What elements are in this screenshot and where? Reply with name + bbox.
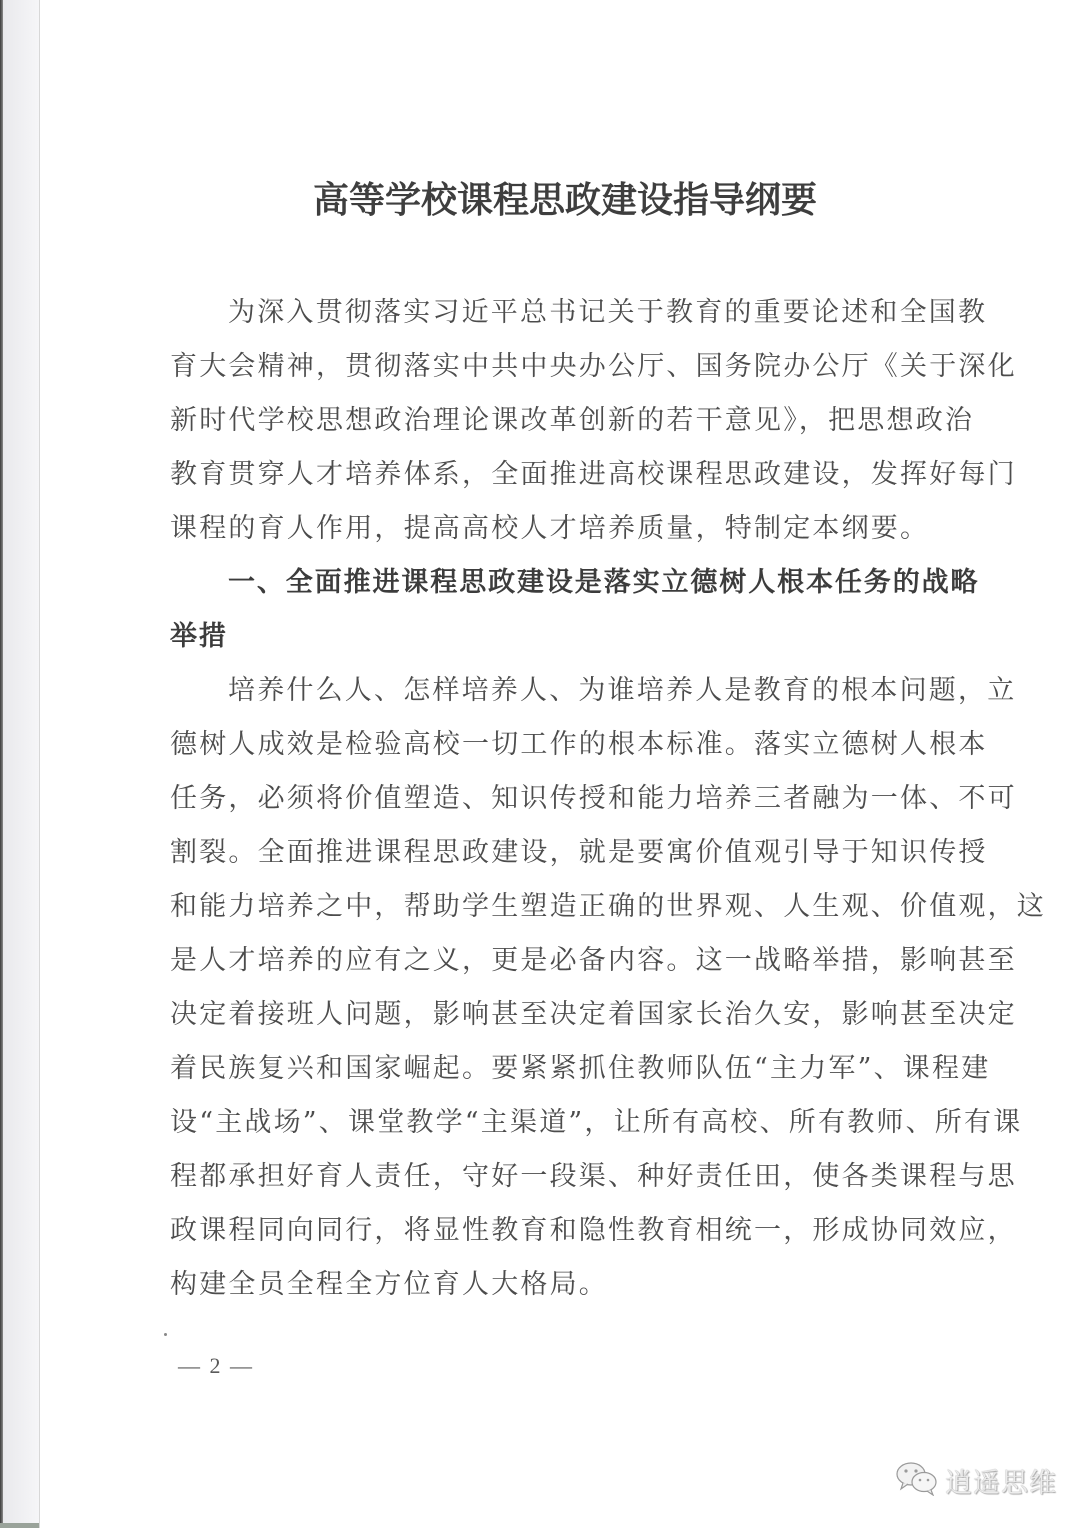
text-line: 德树人成效是检验高校一切工作的根本标准。落实立德树人根本: [170, 728, 970, 762]
scan-speck: [164, 1333, 167, 1336]
text-line: 政课程同向同行，将显性教育和隐性教育相统一，形成协同效应，: [170, 1214, 970, 1248]
text-line: 育大会精神，贯彻落实中共中央办公厅、国务院办公厅《关于深化: [170, 350, 970, 384]
text-line: 程都承担好育人责任，守好一段渠、种好责任田，使各类课程与思: [170, 1160, 970, 1194]
text-line: 为深入贯彻落实习近平总书记关于教育的重要论述和全国教: [228, 296, 1028, 330]
text-line: 决定着接班人问题，影响甚至决定着国家长治久安，影响甚至决定: [170, 998, 970, 1032]
heading-line: 一、全面推进课程思政建设是落实立德树人根本任务的战略: [228, 566, 1028, 600]
text-line: 和能力培养之中，帮助学生塑造正确的世界观、人生观、价值观，这: [170, 890, 970, 924]
text-line: 任务，必须将价值塑造、知识传授和能力培养三者融为一体、不可: [170, 782, 970, 816]
heading-line: 举措: [170, 620, 970, 654]
scan-edge-margin: [3, 0, 40, 1528]
text-line: 培养什么人、怎样培养人、为谁培养人是教育的根本问题，立: [228, 674, 1028, 708]
text-line: 课程的育人作用，提高高校人才培养质量，特制定本纲要。: [170, 512, 970, 546]
watermark-text: 逍遥思维: [945, 1461, 1057, 1500]
page-number: — 2 —: [178, 1353, 254, 1379]
text-line: 构建全员全程全方位育人大格局。: [170, 1268, 970, 1302]
text-line: 着民族复兴和国家崛起。要紧紧抓住教师队伍“主力军”、课程建: [170, 1052, 970, 1086]
text-line: 是人才培养的应有之义，更是必备内容。这一战略举措，影响甚至: [170, 944, 970, 978]
text-line: 割裂。全面推进课程思政建设，就是要寓价值观引导于知识传授: [170, 836, 970, 870]
scan-speck: [246, 893, 248, 895]
watermark: 逍遥思维: [895, 1460, 1057, 1500]
scan-edge-bottom: [0, 1523, 39, 1528]
document-title: 高等学校课程思政建设指导纲要: [0, 176, 1080, 226]
text-line: 新时代学校思想政治理论课改革创新的若干意见》，把思想政治: [170, 404, 970, 438]
wechat-icon: [895, 1460, 939, 1500]
text-line: 教育贯穿人才培养体系，全面推进高校课程思政建设，发挥好每门: [170, 458, 970, 492]
text-line: 设“主战场”、课堂教学“主渠道”，让所有高校、所有教师、所有课: [170, 1106, 970, 1140]
